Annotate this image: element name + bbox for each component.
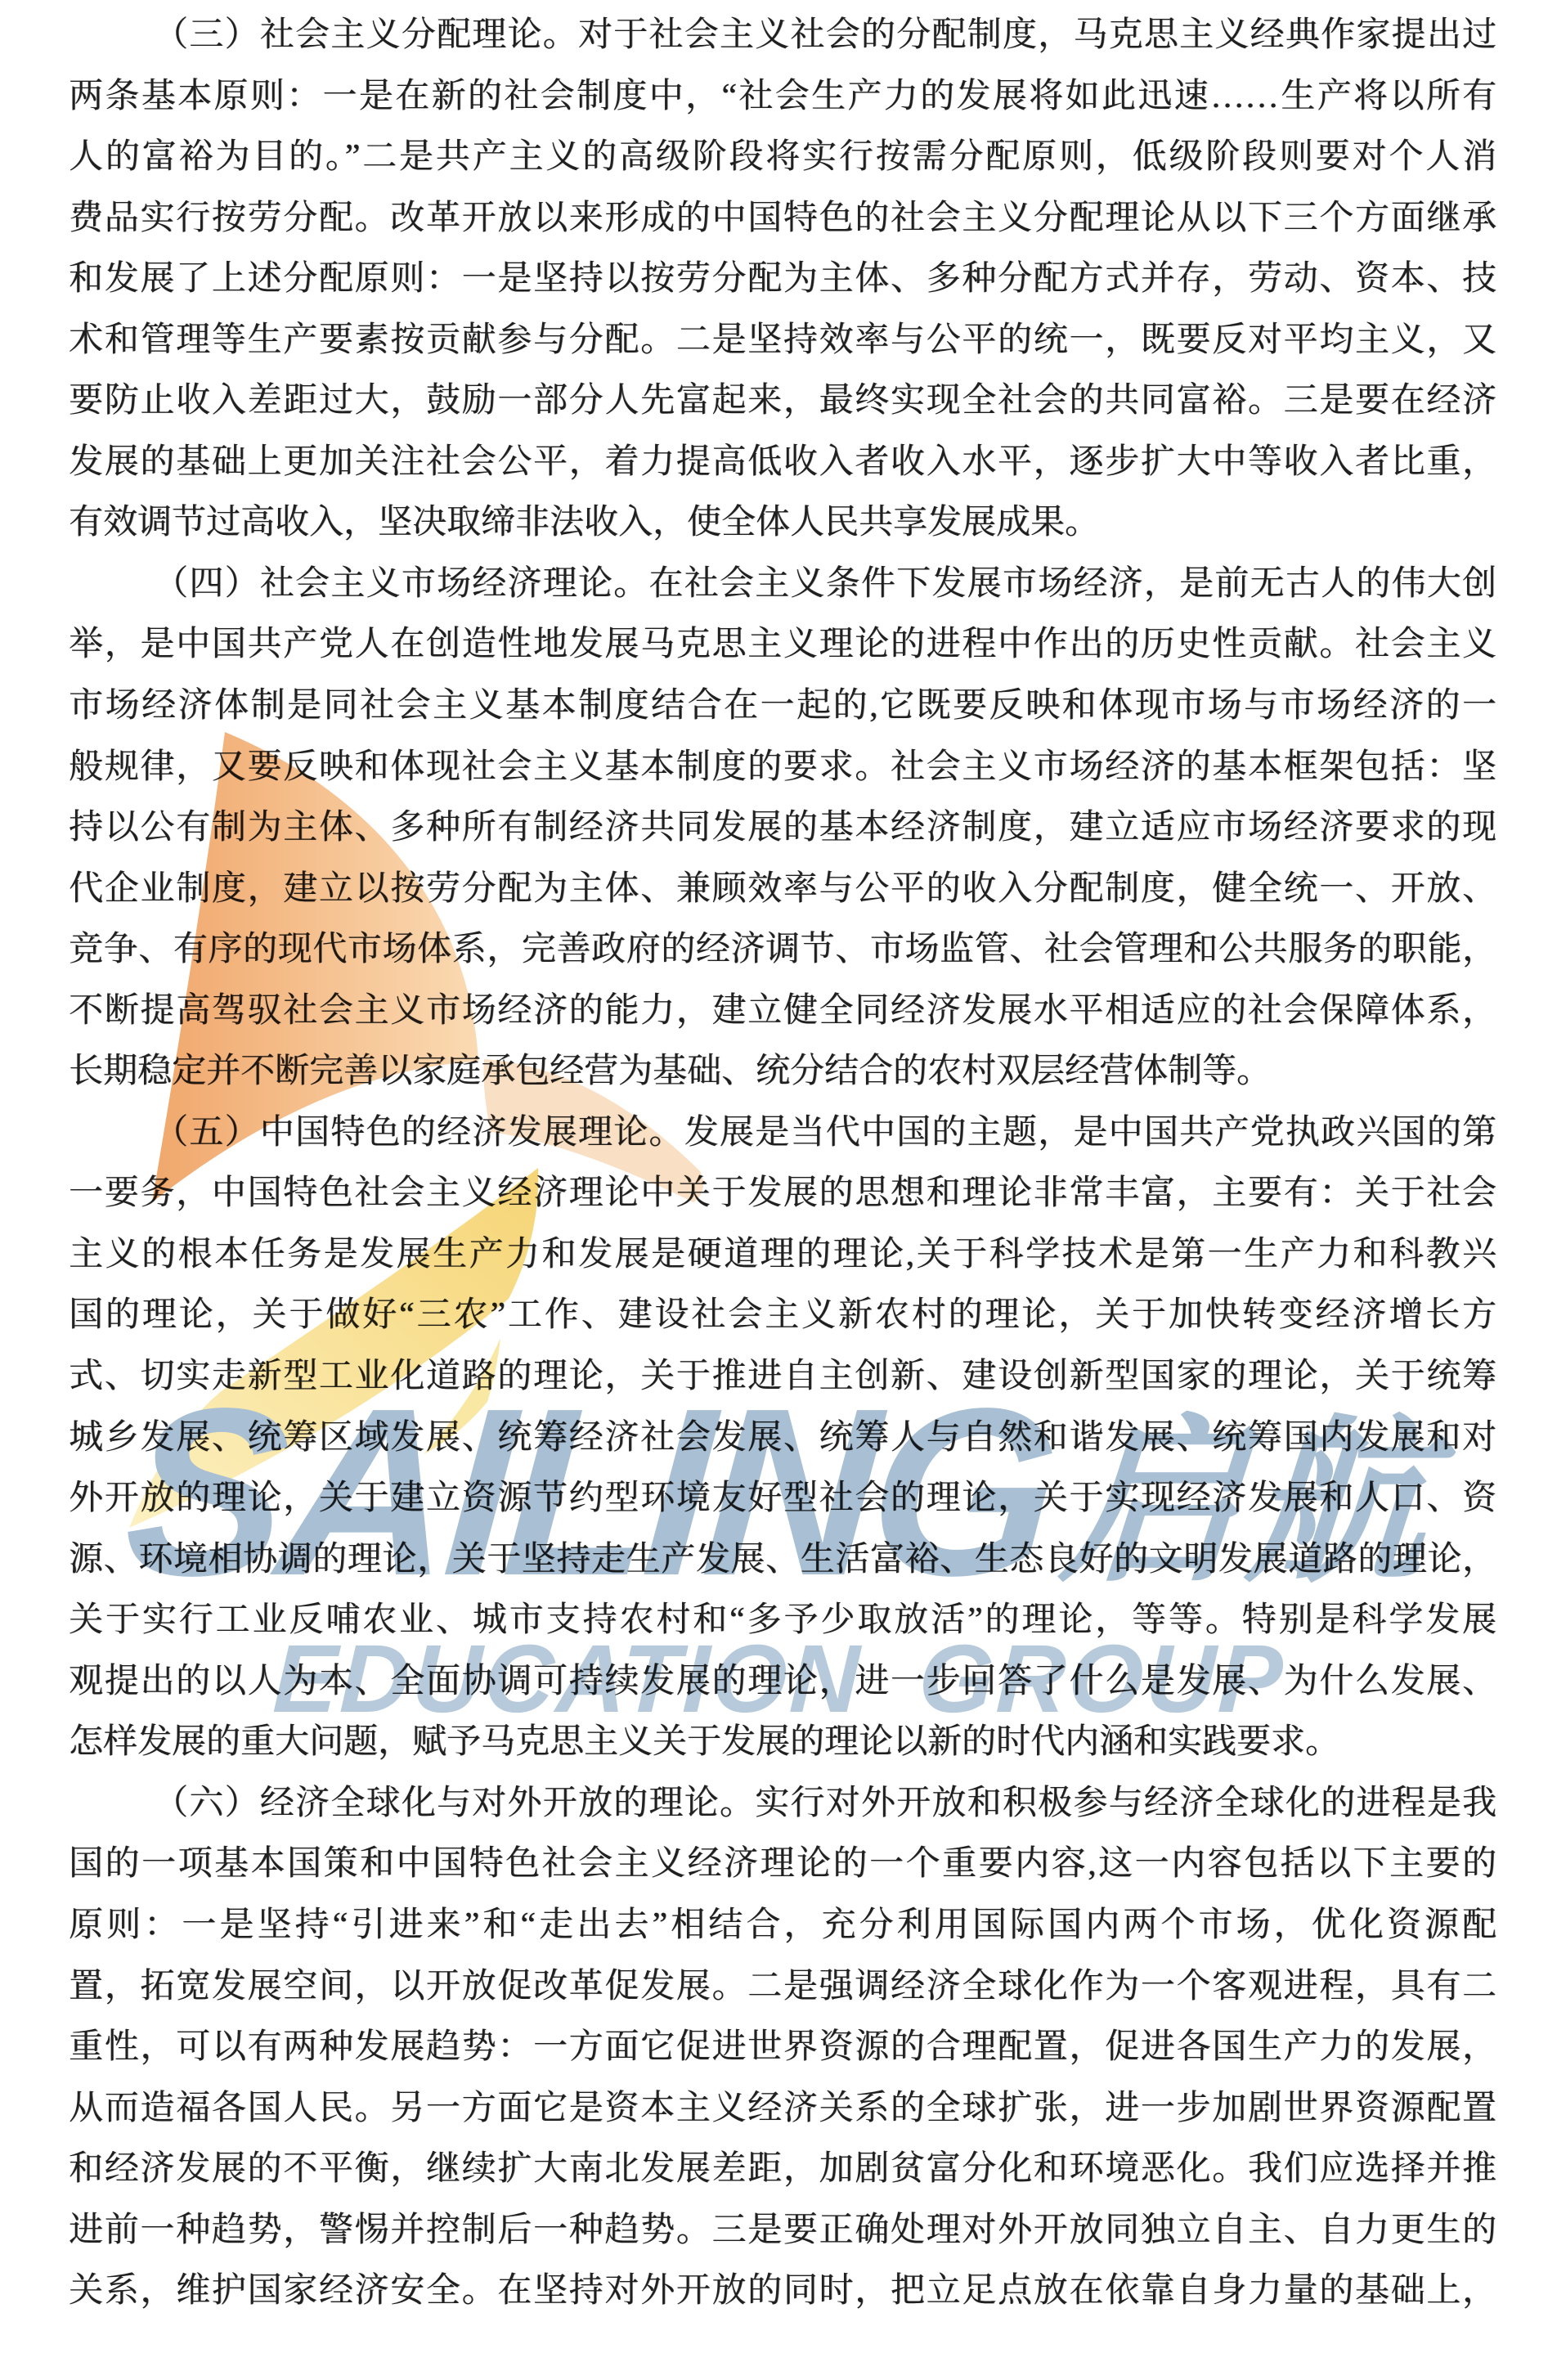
text-line: 术和管理等生产要素按贡献参与分配。二是坚持效率与公平的统一，既要反对平均主义，又 (69, 310, 1496, 371)
text-line: 发展的基础上更加关注社会公平，着力提高低收入者收入水平，逐步扩大中等收入者比重， (69, 432, 1496, 493)
text-line: 进前一种趋势，警惕并控制后一种趋势。三是要正确处理对外开放同独立自主、自力更生的 (69, 2200, 1496, 2261)
text-line: 人的富裕为目的。”二是共产主义的高级阶段将实行按需分配原则，低级阶段则要对个人消 (69, 127, 1496, 188)
text-line: 要防止收入差距过大，鼓励一部分人先富起来，最终实现全社会的共同富裕。三是要在经济 (69, 370, 1496, 432)
text-line: 持以公有制为主体、多种所有制经济共同发展的基本经济制度，建立适应市场经济要求的现 (69, 797, 1496, 859)
text-line: 不断提高驾驭社会主义市场经济的能力，建立健全同经济发展水平相适应的社会保障体系， (69, 981, 1496, 1042)
text-line: 一要务，中国特色社会主义经济理论中关于发展的思想和理论非常丰富，主要有：关于社会 (69, 1163, 1496, 1224)
text-line: （五）中国特色的经济发展理论。发展是当代中国的主题，是中国共产党执政兴国的第 (69, 1102, 1496, 1164)
text-line: 代企业制度，建立以按劳分配为主体、兼顾效率与公平的收入分配制度，健全统一、开放、 (69, 859, 1496, 920)
text-line: 市场经济体制是同社会主义基本制度结合在一起的,它既要反映和体现市场与市场经济的一 (69, 676, 1496, 737)
text-line: 置，拓宽发展空间，以开放促改革促发展。二是强调经济全球化作为一个客观进程，具有二 (69, 1956, 1496, 2018)
text-line: 和经济发展的不平衡，继续扩大南北发展差距，加剧贫富分化和环境恶化。我们应选择并推 (69, 2139, 1496, 2200)
text-line: 式、切实走新型工业化道路的理论，关于推进自主创新、建设创新型国家的理论，关于统筹 (69, 1346, 1496, 1408)
text-line: 国的理论，关于做好“三农”工作、建设社会主义新农村的理论，关于加快转变经济增长方 (69, 1285, 1496, 1346)
text-line: 有效调节过高收入，坚决取缔非法收入，使全体人民共享发展成果。 (69, 492, 1496, 554)
text-line: （四）社会主义市场经济理论。在社会主义条件下发展市场经济，是前无古人的伟大创 (69, 554, 1496, 615)
text-line: 长期稳定并不断完善以家庭承包经营为基础、统分结合的农村双层经营体制等。 (69, 1041, 1496, 1102)
text-line: （三）社会主义分配理论。对于社会主义社会的分配制度，马克思主义经典作家提出过 (69, 5, 1496, 66)
text-line: 关系，维护国家经济安全。在坚持对外开放的同时，把立足点放在依靠自身力量的基础上， (69, 2261, 1496, 2322)
text-line: 举，是中国共产党人在创造性地发展马克思主义理论的进程中作出的历史性贡献。社会主义 (69, 614, 1496, 676)
text-line: 竞争、有序的现代市场体系，完善政府的经济调节、市场监管、社会管理和公共服务的职能… (69, 919, 1496, 981)
text-line: 源、环境相协调的理论，关于坚持走生产发展、生活富裕、生态良好的文明发展道路的理论… (69, 1529, 1496, 1591)
text-line: 外开放的理论，关于建立资源节约型环境友好型社会的理论，关于实现经济发展和人口、资 (69, 1468, 1496, 1529)
text-line: 和发展了上述分配原则：一是坚持以按劳分配为主体、多种分配方式并存，劳动、资本、技 (69, 249, 1496, 310)
text-line: （六）经济全球化与对外开放的理论。实行对外开放和积极参与经济全球化的进程是我 (69, 1773, 1496, 1834)
text-line: 重性，可以有两种发展趋势：一方面它促进世界资源的合理配置，促进各国生产力的发展， (69, 2017, 1496, 2078)
text-line: 费品实行按劳分配。改革开放以来形成的中国特色的社会主义分配理论从以下三个方面继承 (69, 188, 1496, 249)
text-line: 关于实行工业反哺农业、城市支持农村和“多予少取放活”的理论，等等。特别是科学发展 (69, 1590, 1496, 1651)
text-line: 怎样发展的重大问题，赋予马克思主义关于发展的理论以新的时代内涵和实践要求。 (69, 1712, 1496, 1773)
text-line: 观提出的以人为本、全面协调可持续发展的理论，进一步回答了什么是发展、为什么发展、 (69, 1651, 1496, 1713)
text-line: 两条基本原则：一是在新的社会制度中，“社会生产力的发展将如此迅速……生产将以所有 (69, 66, 1496, 128)
text-line: 城乡发展、统筹区域发展、统筹经济社会发展、统筹人与自然和谐发展、统筹国内发展和对 (69, 1408, 1496, 1469)
text-line: 主义的根本任务是发展生产力和发展是硬道理的理论,关于科学技术是第一生产力和科教兴 (69, 1224, 1496, 1286)
document-page: { "page": { "background": "#ffffff", "te… (0, 0, 1566, 2380)
text-line: 原则：一是坚持“引进来”和“走出去”相结合，充分利用国际国内两个市场，优化资源配 (69, 1895, 1496, 1956)
text-line: 国的一项基本国策和中国特色社会主义经济理论的一个重要内容,这一内容包括以下主要的 (69, 1834, 1496, 1895)
text-line: 般规律，又要反映和体现社会主义基本制度的要求。社会主义市场经济的基本框架包括：坚 (69, 737, 1496, 798)
document-text: （三）社会主义分配理论。对于社会主义社会的分配制度，马克思主义经典作家提出过两条… (69, 5, 1496, 2322)
text-line: 从而造福各国人民。另一方面它是资本主义经济关系的全球扩张，进一步加剧世界资源配置 (69, 2078, 1496, 2140)
